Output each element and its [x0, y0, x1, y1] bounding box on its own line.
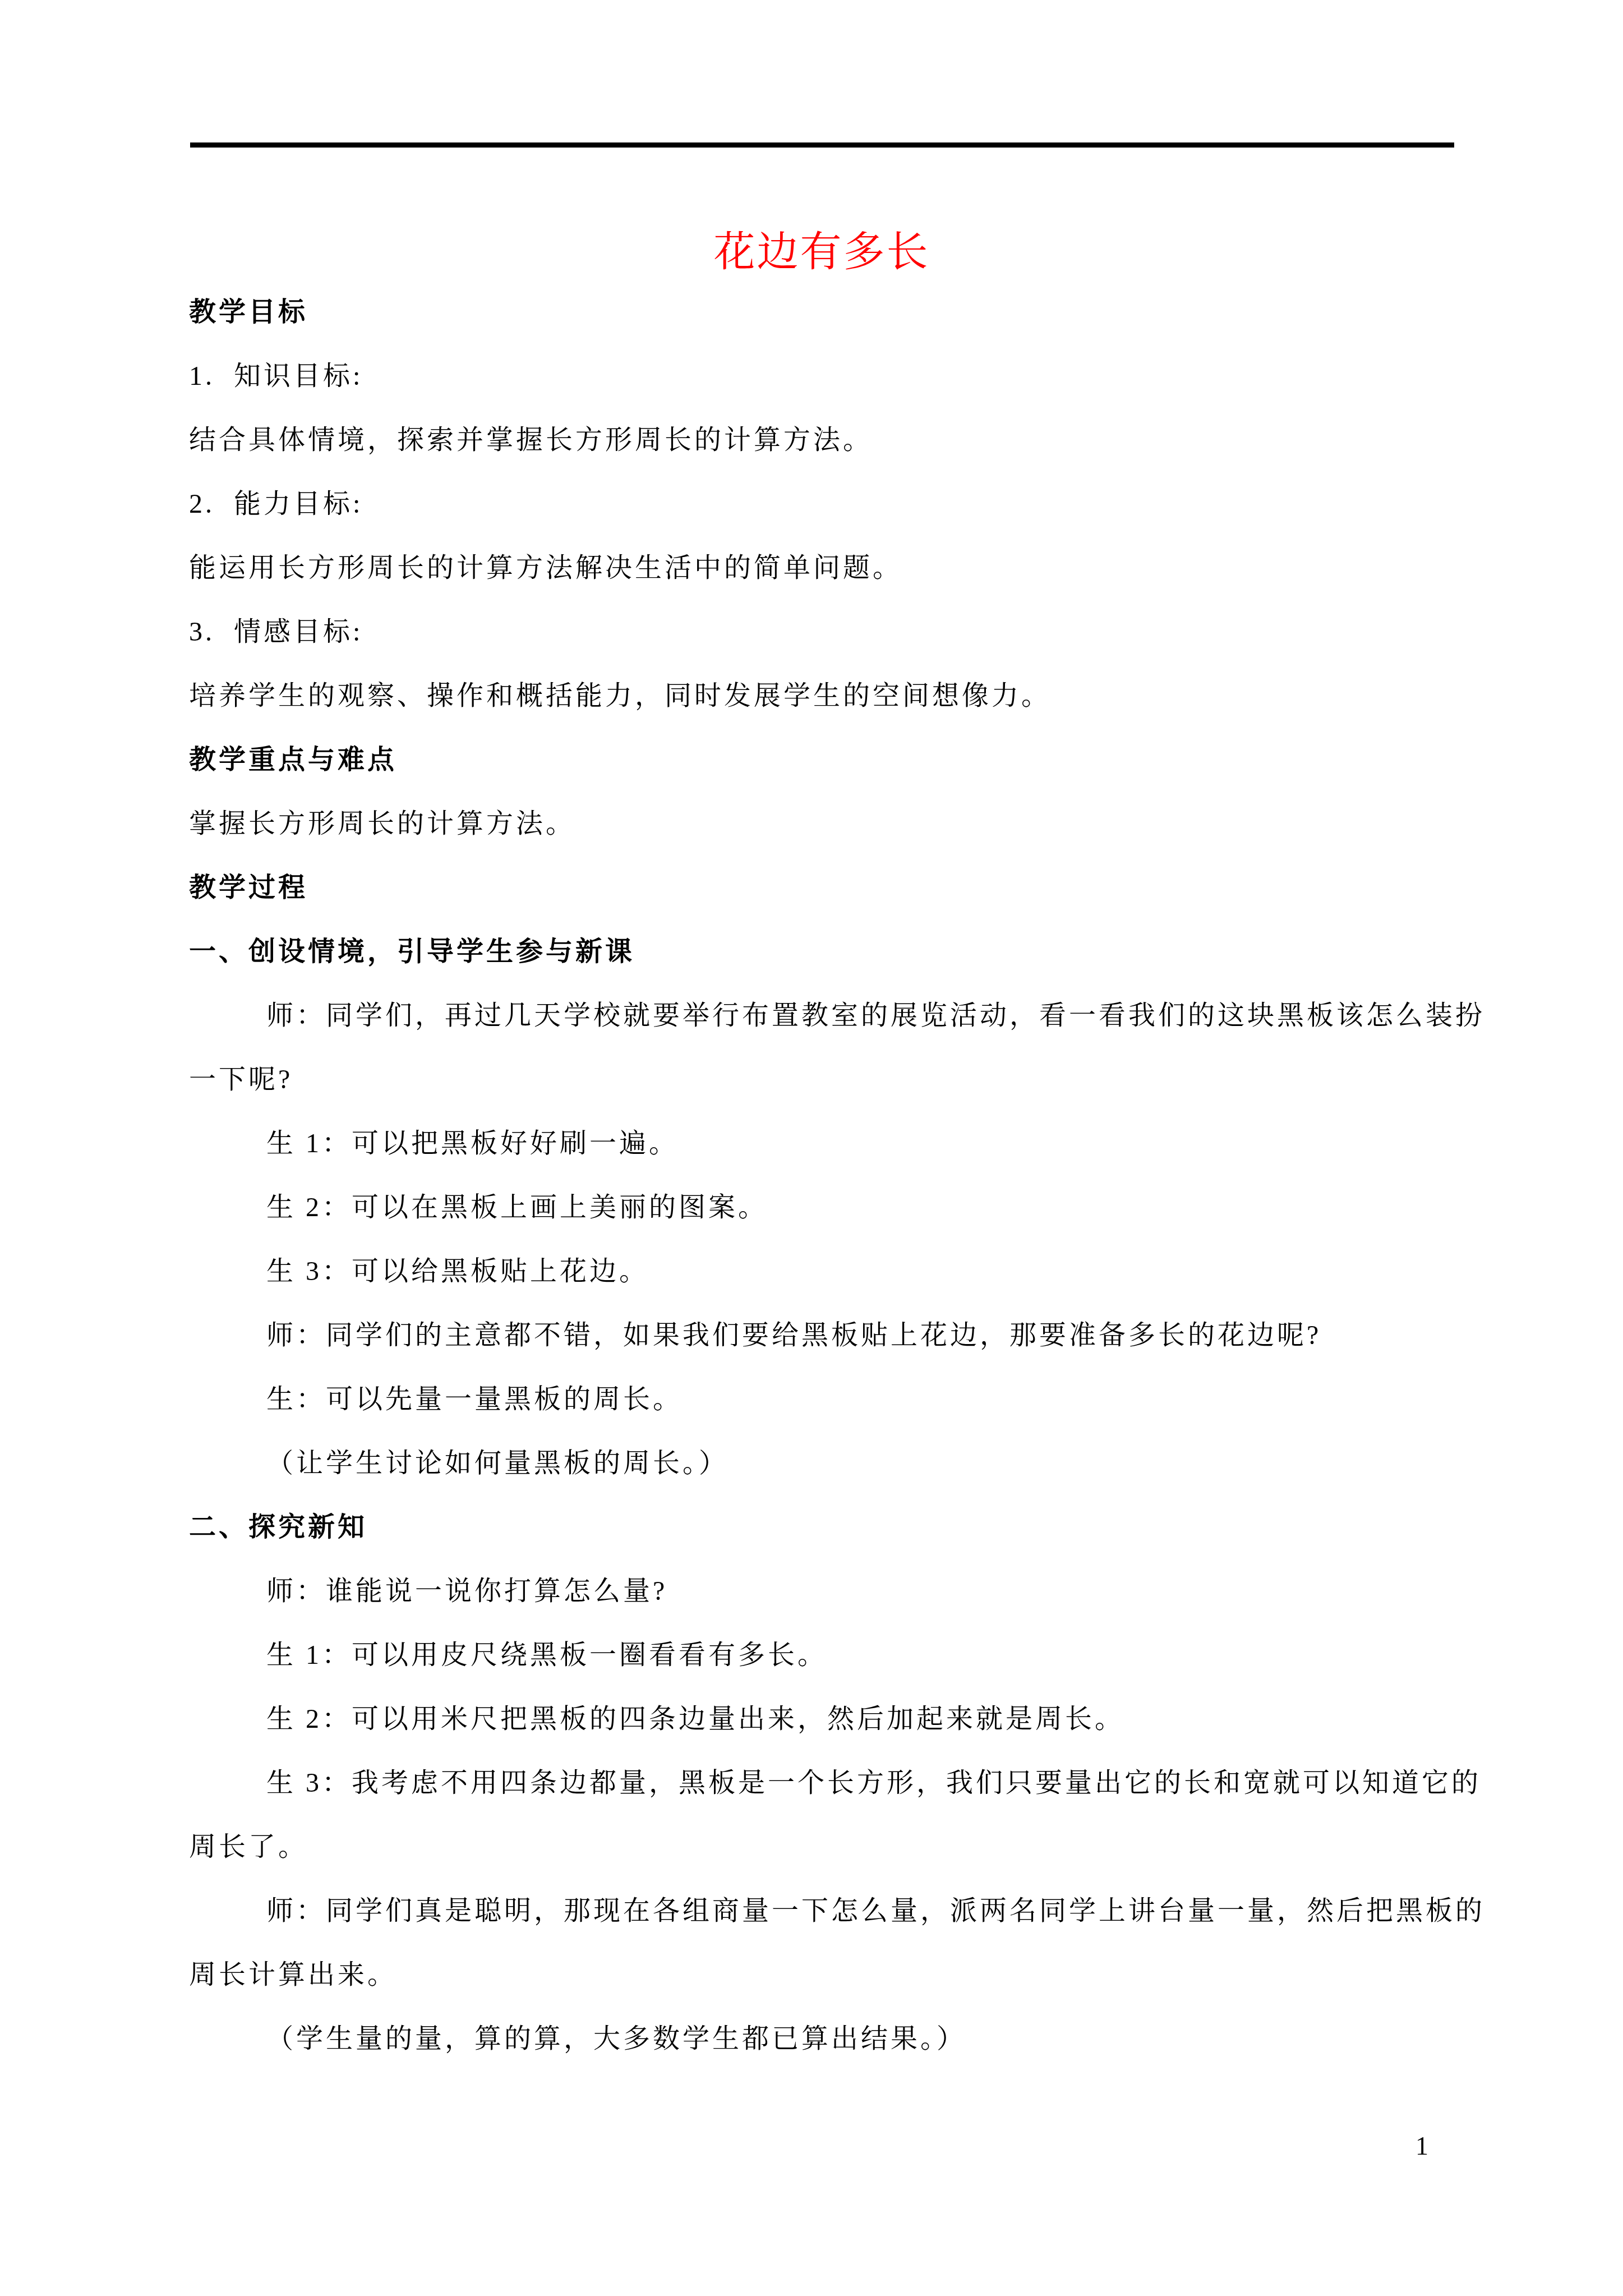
dialogue-line: 生 1：可以把黑板好好刷一遍。	[189, 1112, 1456, 1176]
continuation-line: 周长计算出来。	[189, 1943, 1456, 2007]
dialogue-line: 师：同学们的主意都不错，如果我们要给黑板贴上花边，那要准备多长的花边呢?	[189, 1304, 1456, 1368]
section-heading: 教学重点与难点	[189, 728, 1456, 792]
continuation-line: 周长了。	[189, 1815, 1456, 1879]
doc-line: 结合具体情境，探索并掌握长方形周长的计算方法。	[189, 408, 1456, 472]
document-page: 花边有多长 教学目标 1. 知识目标: 结合具体情境，探索并掌握长方形周长的计算…	[0, 0, 1623, 2296]
dialogue-line: 生 3：可以给黑板贴上花边。	[189, 1240, 1456, 1304]
section-heading: 教学过程	[189, 856, 1456, 920]
section-heading: 一、创设情境，引导学生参与新课	[189, 920, 1456, 984]
section-heading: 二、探究新知	[189, 1496, 1456, 1559]
dialogue-line: （学生量的量，算的算，大多数学生都已算出结果。）	[189, 2007, 1456, 2071]
dialogue-line: （让学生讨论如何量黑板的周长。）	[189, 1432, 1456, 1496]
doc-line: 2. 能力目标:	[189, 472, 1456, 536]
dialogue-line: 师：同学们真是聪明，那现在各组商量一下怎么量，派两名同学上讲台量一量，然后把黑板…	[189, 1879, 1456, 1943]
doc-line: 掌握长方形周长的计算方法。	[189, 792, 1456, 856]
doc-line: 能运用长方形周长的计算方法解决生活中的简单问题。	[189, 536, 1456, 600]
doc-line: 1. 知识目标:	[189, 344, 1456, 408]
dialogue-line: 师：同学们，再过几天学校就要举行布置教室的展览活动，看一看我们的这块黑板该怎么装…	[189, 984, 1456, 1048]
doc-line: 培养学生的观察、操作和概括能力，同时发展学生的空间想像力。	[189, 664, 1456, 728]
page-number: 1	[1415, 2132, 1428, 2161]
document-body: 教学目标 1. 知识目标: 结合具体情境，探索并掌握长方形周长的计算方法。 2.…	[189, 280, 1456, 2071]
section-heading: 教学目标	[189, 280, 1456, 344]
dialogue-line: 生 1：可以用皮尺绕黑板一圈看看有多长。	[189, 1623, 1456, 1687]
dialogue-line: 师：谁能说一说你打算怎么量?	[189, 1559, 1456, 1623]
doc-line: 3. 情感目标:	[189, 600, 1456, 664]
header-rule	[190, 142, 1454, 148]
dialogue-line: 生 2：可以用米尺把黑板的四条边量出来，然后加起来就是周长。	[189, 1687, 1456, 1751]
dialogue-line: 生 2：可以在黑板上画上美丽的图案。	[189, 1176, 1456, 1240]
dialogue-line: 生：可以先量一量黑板的周长。	[189, 1368, 1456, 1432]
document-title: 花边有多长	[189, 218, 1454, 287]
dialogue-line: 生 3：我考虑不用四条边都量，黑板是一个长方形，我们只要量出它的长和宽就可以知道…	[189, 1751, 1456, 1815]
continuation-line: 一下呢?	[189, 1048, 1456, 1112]
